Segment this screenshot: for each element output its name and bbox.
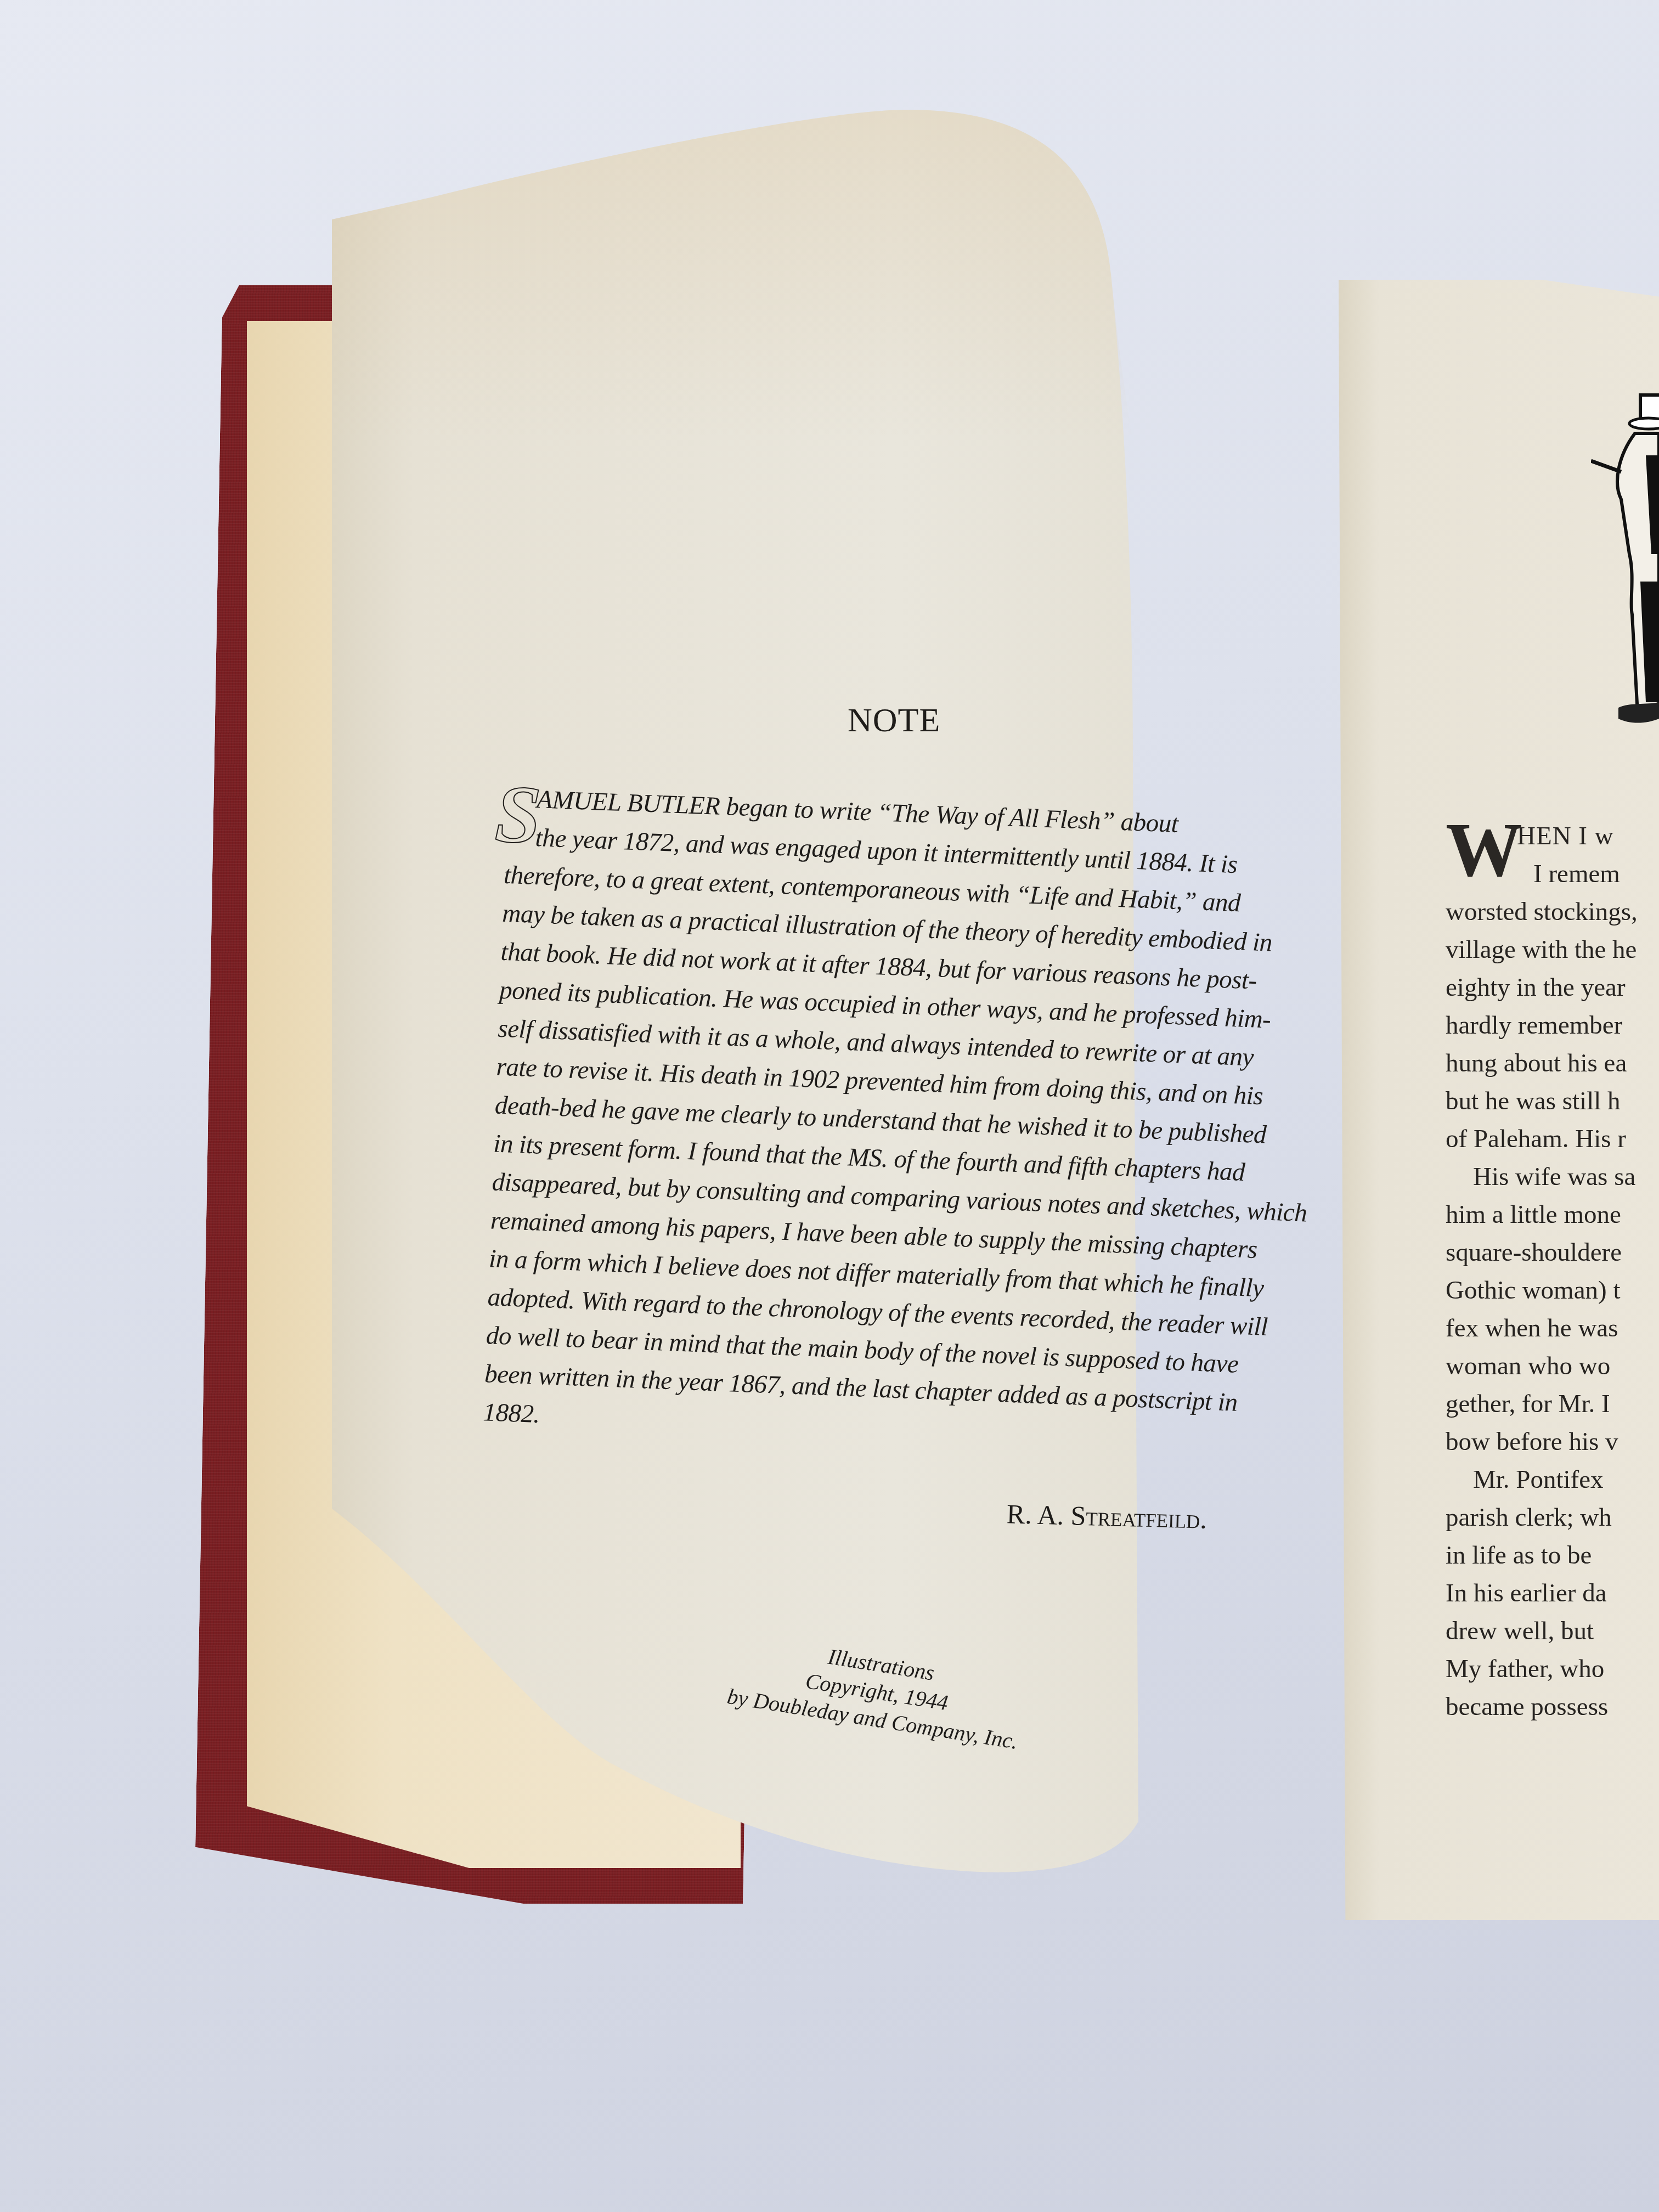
chapter-line: drew well, but — [1446, 1612, 1659, 1650]
chapter-line: gether, for Mr. I — [1446, 1385, 1659, 1423]
chapter-line: in life as to be — [1446, 1537, 1659, 1575]
chapter-line: became possess — [1446, 1688, 1659, 1726]
chapter-line: Mr. Pontifex — [1446, 1461, 1659, 1499]
chapter-line: but he was still h — [1446, 1082, 1659, 1120]
chapter-line: fex when he was — [1446, 1310, 1659, 1347]
dropcap-s: S — [494, 775, 543, 854]
signature-text: R. A. Streatfeild. — [1006, 1498, 1207, 1534]
chapter-line: parish clerk; wh — [1446, 1499, 1659, 1537]
chapter-line: woman who wo — [1446, 1347, 1659, 1385]
signature: R. A. Streatfeild. — [1006, 1498, 1207, 1535]
chapter-line: eighty in the year — [1446, 969, 1659, 1007]
chapter-line: of Paleham. His r — [1446, 1120, 1659, 1158]
chapter-line: square-shouldere — [1446, 1234, 1659, 1272]
chapter-line: bow before his v — [1446, 1423, 1659, 1461]
chapter-line: worsted stockings, — [1446, 893, 1659, 931]
page-title: NOTE — [848, 701, 940, 740]
chapter-one-text: W HEN I w I remem worsted stockings, vil… — [1446, 817, 1659, 1726]
chapter-line: him a little mone — [1446, 1196, 1659, 1234]
chapter-line: In his earlier da — [1446, 1575, 1659, 1612]
top-hat-gentleman-illustration-icon — [1591, 373, 1659, 724]
page-foxing — [332, 110, 1133, 439]
chapter-line: village with the he — [1446, 931, 1659, 969]
chapter-line: hung about his ea — [1446, 1045, 1659, 1082]
dropcap-w: W — [1446, 817, 1519, 883]
chapter-line: hardly remember — [1446, 1007, 1659, 1045]
chapter-line: Gothic woman) t — [1446, 1272, 1659, 1310]
chapter-line: His wife was sa — [1446, 1158, 1659, 1196]
note-body: S AMUEL BUTLER began to write “The Way o… — [482, 779, 1324, 1463]
chapter-line: My father, who — [1446, 1650, 1659, 1688]
